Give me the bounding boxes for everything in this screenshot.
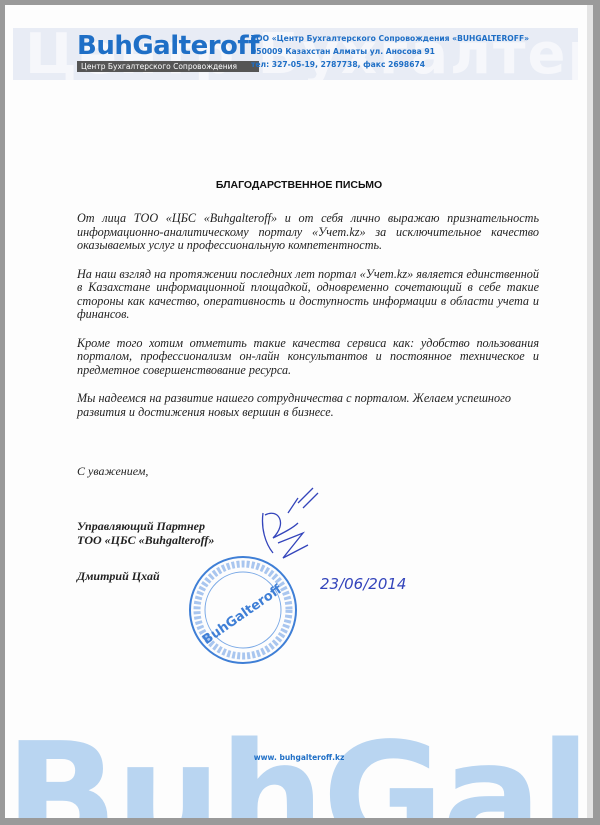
paragraph: Кроме того хотим отметить такие качества… xyxy=(77,337,539,378)
letter-body: От лица ТОО «ЦБС «Buhgalteroff» и от себ… xyxy=(77,212,539,434)
address-line: 050009 Казахстан Алматы ул. Аносова 91 xyxy=(251,45,529,58)
signer-name: Дмитрий Цхай xyxy=(77,569,160,584)
svg-text:BuhGalteroff: BuhGalteroff xyxy=(200,582,285,648)
signer-block: Управляющий Партнер ТОО «ЦБС «Buhgaltero… xyxy=(77,519,214,547)
signer-company: ТОО «ЦБС «Buhgalteroff» xyxy=(77,533,214,547)
signature-icon xyxy=(243,483,333,563)
handwritten-date: 23/06/2014 xyxy=(315,557,425,607)
website-link[interactable]: www. buhgalteroff.kz xyxy=(5,753,593,762)
letter-page: Центр Бухгалтерского BuhGalteroff Центр … xyxy=(5,5,593,818)
paragraph: На наш взгляд на протяжении последних ле… xyxy=(77,268,539,322)
logo-subtitle: Центр Бухгалтерского Сопровождения xyxy=(77,61,259,72)
phone-line: тел: 327-05-19, 2787738, факс 2698674 xyxy=(251,58,529,71)
greeting: С уважением, xyxy=(77,464,148,479)
company-stamp-icon: BuhGalteroff xyxy=(183,553,303,668)
footer-watermark: BuhGal xyxy=(5,723,589,818)
company-name-line: ТОО «Центр Бухгалтерского Сопровождения … xyxy=(251,32,529,45)
letter-title: БЛАГОДАРСТВЕННОЕ ПИСЬМО xyxy=(5,179,593,191)
paragraph: Мы надеемся на развитие нашего сотруднич… xyxy=(77,392,539,419)
company-contact-info: ТОО «Центр Бухгалтерского Сопровождения … xyxy=(251,32,529,71)
signer-position: Управляющий Партнер xyxy=(77,519,214,533)
logo-title: BuhGalteroff xyxy=(77,33,259,59)
page-edge xyxy=(587,5,593,818)
paragraph: От лица ТОО «ЦБС «Buhgalteroff» и от себ… xyxy=(77,212,539,253)
company-logo: BuhGalteroff Центр Бухгалтерского Сопров… xyxy=(77,33,259,72)
svg-text:23/06/2014: 23/06/2014 xyxy=(320,575,406,593)
